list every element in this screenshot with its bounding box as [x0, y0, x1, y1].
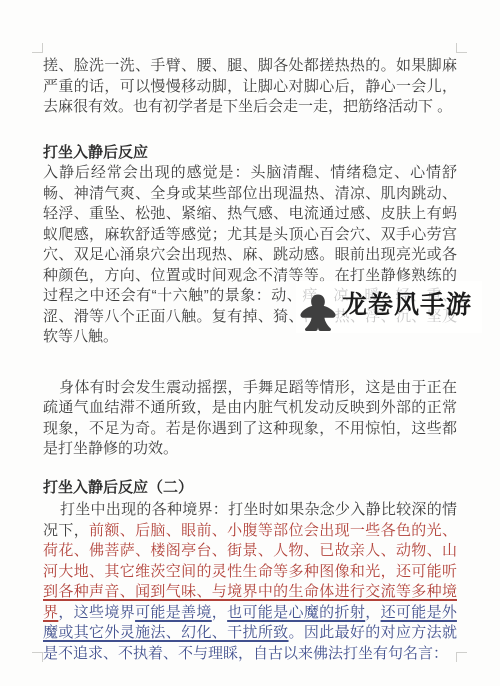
text-run: 前额、后脑、眼前、小腹等部位会出现一些各色的光、荷花、佛菩萨、楼阁亭台、街景、人… [43, 522, 457, 580]
meeple-icon [298, 293, 338, 331]
paragraph-body-shaking: 身体有时会发生震动摇摆，手舞足蹈等情形，这是由于正在疏通气血结滞不通所致，是由内… [43, 378, 457, 460]
margin-mark-bottom-right [456, 652, 467, 662]
text-run: ， [212, 604, 227, 621]
watermark: 龙卷风手游 [296, 281, 482, 333]
margin-mark-bottom-left [32, 652, 43, 662]
text-run: 可能是善境 [135, 604, 212, 621]
text-area: 搓、脸洗一洗、手臂、腰、腿、脚各处都搓热热的。如果脚麻严重的话，可以慢慢移动脚，… [43, 50, 457, 664]
text-run: 身体有时会发生震动摇摆，手舞足蹈等情形，这是由于正在疏通气血结滞不通所致，是由内… [43, 379, 457, 458]
margin-mark-top-right [456, 43, 467, 53]
watermark-text: 龙卷风手游 [342, 293, 472, 318]
paragraph-visions: 打坐中出现的各种境界：打坐时如果杂念少入静比较深的情况下，前额、后脑、眼前、小腹… [43, 500, 457, 664]
margin-mark-top-left [32, 43, 43, 53]
text-run: 搓、脸洗一洗、手臂、腰、腿、脚各处都搓热热的。如果脚麻严重的话，可以慢慢移动脚，… [43, 57, 457, 115]
section-heading-reactions: 打坐入静后反应 [43, 143, 457, 164]
text-run: 也可能是心魔的折射 [227, 604, 365, 621]
document-page: 搓、脸洗一洗、手臂、腰、腿、脚各处都搓热热的。如果脚麻严重的话，可以慢慢移动脚，… [0, 0, 500, 686]
section-heading-reactions-2: 打坐入静后反应（二） [43, 478, 457, 499]
text-run: ， [365, 604, 380, 621]
paragraph-massage-tips: 搓、脸洗一洗、手臂、腰、腿、脚各处都搓热热的。如果脚麻严重的话，可以慢慢移动脚，… [43, 56, 457, 118]
text-run: ，这些境界 [58, 604, 135, 621]
